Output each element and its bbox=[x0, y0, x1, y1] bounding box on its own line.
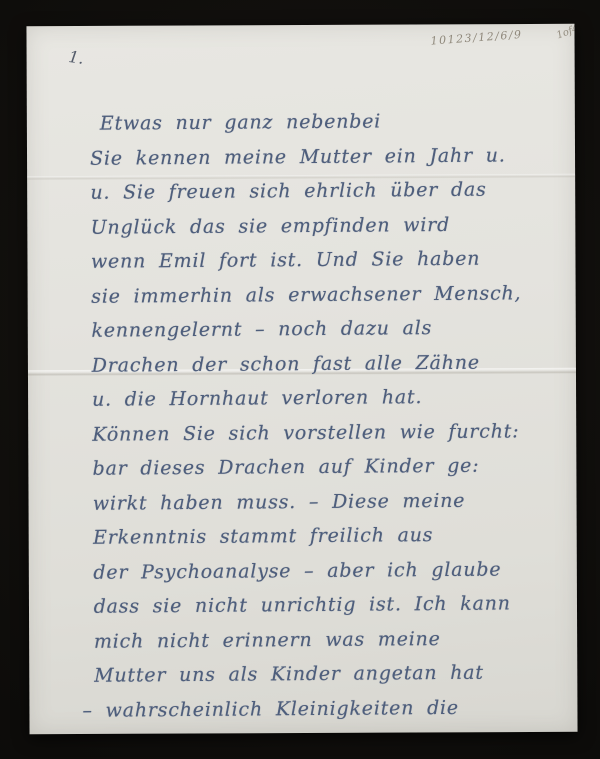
letter-line: Unglück das sie empfinden wird bbox=[91, 207, 555, 245]
letter-line: kennengelernt – noch dazu als bbox=[91, 310, 555, 348]
letter-line: Erkenntnis stammt freilich aus bbox=[93, 517, 557, 555]
letter-line: Mutter uns als Kinder angetan hat bbox=[94, 655, 558, 693]
letter-page: 1. 10123/12/6/9 1of4 Etwas nur ganz nebe… bbox=[26, 24, 577, 734]
sheet-reference-annotation: 1of4 bbox=[555, 24, 578, 42]
letter-line: sie immerhin als erwachsener Mensch, bbox=[91, 276, 555, 314]
letter-line: Etwas nur ganz nebenbei bbox=[90, 103, 554, 141]
letter-line: u. Sie freuen sich ehrlich über das bbox=[90, 172, 554, 210]
archive-reference-annotation: 10123/12/6/9 bbox=[430, 28, 523, 48]
letter-line: Können Sie sich vorstellen wie furcht: bbox=[92, 414, 556, 452]
letter-line: mich nicht erinnern was meine bbox=[94, 621, 558, 659]
letter-body: Etwas nur ganz nebenbeiSie kennen meine … bbox=[90, 103, 559, 728]
letter-line: – wahrscheinlich Kleinigkeiten die bbox=[82, 690, 558, 728]
letter-line: wirkt haben muss. – Diese meine bbox=[93, 483, 557, 521]
photograph-background: 1. 10123/12/6/9 1of4 Etwas nur ganz nebe… bbox=[0, 0, 600, 759]
letter-line: Sie kennen meine Mutter ein Jahr u. bbox=[90, 138, 554, 176]
page-number: 1. bbox=[67, 47, 85, 68]
letter-line: dass sie nicht unrichtig ist. Ich kann bbox=[94, 586, 558, 624]
letter-line: der Psychoanalyse – aber ich glaube bbox=[93, 552, 557, 590]
letter-line: bar dieses Drachen auf Kinder ge: bbox=[92, 448, 556, 486]
letter-line: u. die Hornhaut verloren hat. bbox=[92, 379, 556, 417]
letter-line: wenn Emil fort ist. Und Sie haben bbox=[91, 241, 555, 279]
letter-line: Drachen der schon fast alle Zähne bbox=[92, 345, 556, 383]
